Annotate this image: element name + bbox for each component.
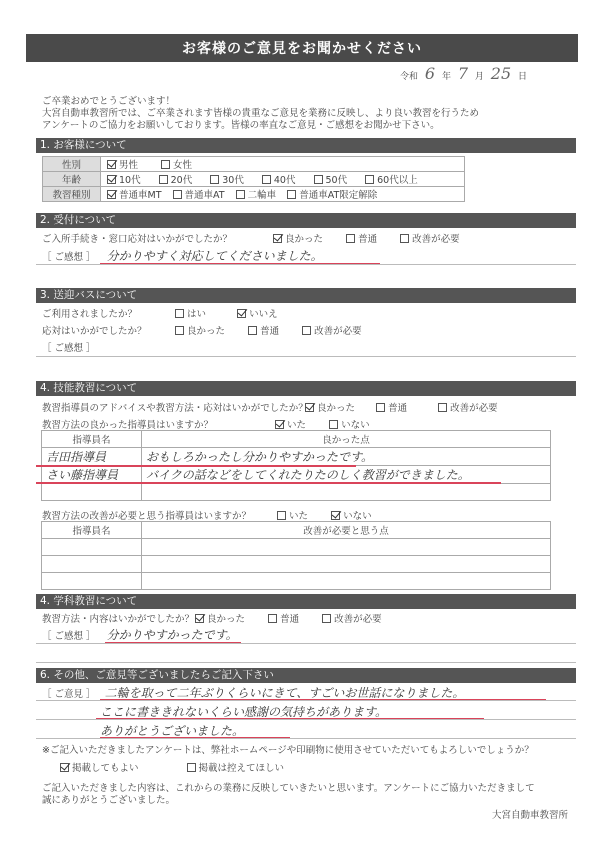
checkbox-icon[interactable] bbox=[302, 326, 311, 335]
option-label: 普通 bbox=[388, 403, 407, 414]
option-no[interactable]: いいえ bbox=[237, 306, 278, 320]
divider bbox=[36, 356, 576, 357]
option-label: 良かった bbox=[285, 234, 323, 245]
improve-point-cell[interactable] bbox=[142, 539, 551, 556]
option-label: 50代 bbox=[326, 175, 348, 186]
option-label: 60代以上 bbox=[377, 175, 418, 186]
option-normal[interactable]: 普通 bbox=[346, 231, 377, 245]
option-needs-improvement[interactable]: 改善が必要 bbox=[400, 231, 460, 245]
instructor-name-cell[interactable]: さい藤指導員 bbox=[42, 466, 142, 484]
option-label: 普通 bbox=[358, 234, 377, 245]
divider bbox=[36, 643, 576, 644]
section-header-other-comments: 6. その他、ご意見等ございましたらご記入下さい bbox=[36, 668, 576, 683]
checkbox-icon[interactable] bbox=[329, 420, 338, 429]
table-row bbox=[42, 556, 551, 573]
checkbox-icon[interactable] bbox=[236, 190, 245, 199]
option-label: 20代 bbox=[171, 175, 193, 186]
row-label: 性別 bbox=[43, 157, 101, 172]
option-label: 普通車AT限定解除 bbox=[299, 190, 377, 201]
intro-line: アンケートのご協力をお願いしております。皆様の率直なご意見・ご感想をお聞かせ下さ… bbox=[42, 120, 479, 132]
option-label: 普通 bbox=[260, 326, 279, 337]
option-needs-improvement[interactable]: 改善が必要 bbox=[322, 611, 382, 625]
divider bbox=[36, 700, 576, 701]
checkbox-icon[interactable] bbox=[322, 614, 331, 623]
option-mt[interactable]: 普通車MT bbox=[107, 187, 162, 201]
gender-options: 男性 女性 bbox=[101, 157, 465, 172]
option-label: 普通車MT bbox=[119, 190, 162, 201]
table-header-row: 指導員名 改善が必要と思う点 bbox=[42, 522, 551, 539]
divider bbox=[36, 738, 576, 739]
reception-comment-row: ［ ご感想 ］ 分かりやすく対応してくださいました。 bbox=[42, 247, 323, 264]
classroom-question-row: 教習方法・内容はいかがでしたか？ 良かった 普通 改善が必要 bbox=[42, 611, 402, 625]
option-motorcycle[interactable]: 二輪車 bbox=[236, 187, 277, 201]
consent-options-row: 掲載してもよい 掲載は控えてほしい bbox=[60, 760, 304, 774]
option-normal[interactable]: 普通 bbox=[248, 323, 279, 337]
checkbox-icon[interactable] bbox=[262, 175, 271, 184]
option-label: 女性 bbox=[173, 160, 192, 171]
good-point-cell[interactable] bbox=[142, 484, 551, 501]
day-label: 日 bbox=[518, 72, 527, 82]
instructor-name-cell[interactable] bbox=[42, 573, 142, 590]
comment-label: ［ ご感想 ］ bbox=[42, 252, 96, 263]
comment-text[interactable]: 分かりやすかったです。 bbox=[107, 628, 238, 642]
checkbox-checked-icon[interactable] bbox=[331, 511, 340, 520]
checkbox-checked-icon[interactable] bbox=[237, 309, 246, 318]
question-text: 応対はいかがでしたか？ bbox=[42, 323, 172, 337]
checkbox-icon[interactable] bbox=[277, 511, 286, 520]
instructor-name-cell[interactable] bbox=[42, 539, 142, 556]
option-yes[interactable]: いた bbox=[277, 508, 308, 522]
option-label: 良かった bbox=[317, 403, 355, 414]
form-title: お客様のご意見をお聞かせください bbox=[26, 34, 578, 62]
intro-text: ご卒業おめでとうございます！ 大宮自動車教習所では、ご卒業されます皆様の貴重なご… bbox=[42, 96, 479, 132]
improve-instructor-table: 指導員名 改善が必要と思う点 bbox=[41, 521, 551, 590]
section-header-driving-lessons: 4. 技能教習について bbox=[36, 381, 576, 396]
option-age-40s[interactable]: 40代 bbox=[262, 172, 296, 186]
option-male[interactable]: 男性 bbox=[107, 157, 138, 171]
checkbox-checked-icon[interactable] bbox=[305, 403, 314, 412]
instructor-name-cell[interactable] bbox=[42, 556, 142, 573]
option-label: はい bbox=[187, 309, 206, 320]
checkbox-checked-icon[interactable] bbox=[275, 420, 284, 429]
checkbox-checked-icon[interactable] bbox=[273, 234, 282, 243]
option-yes[interactable]: いた bbox=[275, 417, 306, 431]
checkbox-icon[interactable] bbox=[438, 403, 447, 412]
question-text: 教習方法・内容はいかがでしたか？ bbox=[42, 611, 192, 625]
comment-line-2[interactable]: ここに書ききれないくらい感謝の気持ちがあります。 bbox=[100, 705, 387, 719]
option-label: 掲載してもよい bbox=[72, 763, 139, 774]
option-label: 二輪車 bbox=[248, 190, 277, 201]
checkbox-icon[interactable] bbox=[210, 175, 219, 184]
checkbox-icon[interactable] bbox=[268, 614, 277, 623]
signature: 大宮自動車教習所 bbox=[492, 810, 568, 822]
bus-service-row: 応対はいかがでしたか？ 良かった 普通 改善が必要 bbox=[42, 323, 382, 337]
option-label: 改善が必要 bbox=[334, 614, 382, 625]
improve-point-cell[interactable] bbox=[142, 556, 551, 573]
checkbox-icon[interactable] bbox=[173, 190, 182, 199]
improve-instructor-row: 教習方法の改善が必要と思う指導員はいますか？ いた いない bbox=[42, 508, 392, 522]
checkbox-icon[interactable] bbox=[248, 326, 257, 335]
comment-line-1[interactable]: 二輪を取って二年ぶりくらいにきて、すごいお世話になりました。 bbox=[105, 686, 465, 700]
checkbox-icon[interactable] bbox=[287, 190, 296, 199]
date-field: 令和 6 年 7 月 25 日 bbox=[400, 64, 527, 83]
option-good[interactable]: 良かった bbox=[175, 323, 225, 337]
row-label: 年齢 bbox=[43, 172, 101, 187]
good-instructor-row: 教習方法の良かった指導員はいますか？ いた いない bbox=[42, 417, 390, 431]
table-row bbox=[42, 573, 551, 590]
column-header: 指導員名 bbox=[42, 431, 142, 448]
course-options: 普通車MT 普通車AT 二輪車 普通車AT限定解除 bbox=[101, 187, 465, 202]
option-label: 普通 bbox=[280, 614, 299, 625]
question-text: 教習方法の改善が必要と思う指導員はいますか？ bbox=[42, 508, 274, 522]
column-header: 改善が必要と思う点 bbox=[142, 522, 551, 539]
customer-info-table: 性別 男性 女性 年齢 10代 20代 30代 40代 50代 60代以上 教習… bbox=[42, 156, 465, 202]
option-age-60s-plus[interactable]: 60代以上 bbox=[365, 172, 418, 186]
row-label: 教習種別 bbox=[43, 187, 101, 202]
option-age-20s[interactable]: 20代 bbox=[159, 172, 193, 186]
comment-label: ［ ご感想 ］ bbox=[42, 631, 96, 642]
intro-line: ご卒業おめでとうございます！ bbox=[42, 96, 479, 108]
classroom-comment-row: ［ ご感想 ］ 分かりやすかったです。 bbox=[42, 626, 238, 643]
option-label: いいえ bbox=[249, 309, 278, 320]
bus-comment-row: ［ ご感想 ］ bbox=[42, 340, 96, 354]
checkbox-icon[interactable] bbox=[175, 309, 184, 318]
checkbox-checked-icon[interactable] bbox=[60, 763, 69, 772]
option-allow-publish[interactable]: 掲載してもよい bbox=[60, 760, 139, 774]
question-text: 教習指導員のアドバイスや教習方法・応対はいかがでしたか？ bbox=[42, 400, 302, 414]
instructor-name-cell[interactable] bbox=[42, 484, 142, 501]
table-row-age: 年齢 10代 20代 30代 40代 50代 60代以上 bbox=[43, 172, 465, 187]
table-row bbox=[42, 539, 551, 556]
option-normal[interactable]: 普通 bbox=[268, 611, 299, 625]
table-row: さい藤指導員 バイクの話などをしてくれたりたのしく教習ができました。 bbox=[42, 466, 551, 484]
option-decline-publish[interactable]: 掲載は控えてほしい bbox=[187, 760, 285, 774]
year-label: 年 bbox=[442, 72, 451, 82]
closing-line: 誠にありがとうございました。 bbox=[42, 795, 535, 807]
option-label: 掲載は控えてほしい bbox=[199, 763, 285, 774]
option-yes[interactable]: はい bbox=[175, 306, 206, 320]
option-good[interactable]: 良かった bbox=[195, 611, 245, 625]
instructor-rating-row: 教習指導員のアドバイスや教習方法・応対はいかがでしたか？ 良かった 普通 改善が… bbox=[42, 400, 518, 414]
option-female[interactable]: 女性 bbox=[161, 157, 192, 171]
option-label: 改善が必要 bbox=[314, 326, 362, 337]
highlight-underline bbox=[36, 482, 501, 484]
option-age-50s[interactable]: 50代 bbox=[314, 172, 348, 186]
checkbox-icon[interactable] bbox=[346, 234, 355, 243]
day-value[interactable]: 25 bbox=[491, 64, 511, 83]
question-text: ご利用されましたか？ bbox=[42, 306, 172, 320]
option-needs-improvement[interactable]: 改善が必要 bbox=[438, 400, 498, 414]
divider bbox=[36, 264, 576, 265]
table-row: 吉田指導員 おもしろかったし分かりやすかったです。 bbox=[42, 448, 551, 466]
option-age-10s[interactable]: 10代 bbox=[107, 172, 141, 186]
section-header-reception: 2. 受付について bbox=[36, 213, 576, 228]
section-header-shuttle-bus: 3. 送迎バスについて bbox=[36, 288, 576, 303]
table-row bbox=[42, 484, 551, 501]
reception-question-row: ご入所手続き・窓口応対はいかがでしたか？ 良かった 普通 改善が必要 bbox=[42, 231, 480, 245]
checkbox-icon[interactable] bbox=[365, 175, 374, 184]
section-header-customer: 1. お客様について bbox=[36, 138, 576, 153]
option-at[interactable]: 普通車AT bbox=[173, 187, 225, 201]
option-age-30s[interactable]: 30代 bbox=[210, 172, 244, 186]
checkbox-checked-icon[interactable] bbox=[107, 190, 116, 199]
option-at-limit-removal[interactable]: 普通車AT限定解除 bbox=[287, 187, 377, 201]
option-no[interactable]: いない bbox=[331, 508, 372, 522]
closing-text: ご記入いただきました内容は、これからの業務に反映していきたいと思います。アンケー… bbox=[42, 783, 535, 807]
intro-line: 大宮自動車教習所では、ご卒業されます皆様の貴重なご意見を業務に反映し、より良い教… bbox=[42, 108, 479, 120]
option-label: 改善が必要 bbox=[412, 234, 460, 245]
divider bbox=[36, 662, 576, 663]
era-label: 令和 bbox=[400, 72, 418, 82]
table-row-gender: 性別 男性 女性 bbox=[43, 157, 465, 172]
option-label: 40代 bbox=[274, 175, 296, 186]
improve-point-cell[interactable] bbox=[142, 573, 551, 590]
bus-usage-row: ご利用されましたか？ はい いいえ bbox=[42, 306, 298, 320]
month-value[interactable]: 7 bbox=[458, 64, 468, 83]
closing-line: ご記入いただきました内容は、これからの業務に反映していきたいと思います。アンケー… bbox=[42, 783, 535, 795]
question-text: 教習方法の良かった指導員はいますか？ bbox=[42, 417, 272, 431]
option-no[interactable]: いない bbox=[329, 417, 370, 431]
option-label: 改善が必要 bbox=[450, 403, 498, 414]
good-point-cell[interactable]: バイクの話などをしてくれたりたのしく教習ができました。 bbox=[142, 466, 551, 484]
comment-label: ［ ご意見 ］ bbox=[42, 689, 96, 700]
checkbox-icon[interactable] bbox=[161, 160, 170, 169]
comment-label: ［ ご感想 ］ bbox=[42, 343, 96, 354]
checkbox-checked-icon[interactable] bbox=[107, 160, 116, 169]
checkbox-icon[interactable] bbox=[159, 175, 168, 184]
checkbox-icon[interactable] bbox=[314, 175, 323, 184]
age-options: 10代 20代 30代 40代 50代 60代以上 bbox=[101, 172, 465, 187]
option-label: 男性 bbox=[119, 160, 138, 171]
divider bbox=[36, 719, 576, 720]
year-value[interactable]: 6 bbox=[425, 64, 435, 83]
option-label: 良かった bbox=[207, 614, 245, 625]
comment-line-3[interactable]: ありがとうございました。 bbox=[100, 724, 244, 738]
option-label: 良かった bbox=[187, 326, 225, 337]
checkbox-icon[interactable] bbox=[187, 763, 196, 772]
option-normal[interactable]: 普通 bbox=[376, 400, 407, 414]
checkbox-icon[interactable] bbox=[175, 326, 184, 335]
option-good[interactable]: 良かった bbox=[305, 400, 355, 414]
question-text: ご入所手続き・窓口応対はいかがでしたか？ bbox=[42, 231, 270, 245]
instructor-name-cell[interactable]: 吉田指導員 bbox=[42, 448, 142, 466]
option-needs-improvement[interactable]: 改善が必要 bbox=[302, 323, 362, 337]
option-label: 30代 bbox=[222, 175, 244, 186]
checkbox-checked-icon[interactable] bbox=[195, 614, 204, 623]
option-label: 10代 bbox=[119, 175, 141, 186]
consent-question: ※ご記入いただきましたアンケートは、弊社ホームページや印刷物に使用させていただい… bbox=[42, 745, 534, 757]
highlight-underline bbox=[36, 465, 356, 467]
checkbox-checked-icon[interactable] bbox=[107, 175, 116, 184]
option-good[interactable]: 良かった bbox=[273, 231, 323, 245]
good-point-cell[interactable]: おもしろかったし分かりやすかったです。 bbox=[142, 448, 551, 466]
section-header-classroom-lessons: 4. 学科教習について bbox=[36, 594, 576, 609]
month-label: 月 bbox=[475, 72, 484, 82]
option-label: 普通車AT bbox=[185, 190, 225, 201]
table-header-row: 指導員名 良かった点 bbox=[42, 431, 551, 448]
column-header: 良かった点 bbox=[142, 431, 551, 448]
comment-text[interactable]: 分かりやすく対応してくださいました。 bbox=[107, 249, 323, 263]
table-row-course-type: 教習種別 普通車MT 普通車AT 二輪車 普通車AT限定解除 bbox=[43, 187, 465, 202]
checkbox-icon[interactable] bbox=[400, 234, 409, 243]
column-header: 指導員名 bbox=[42, 522, 142, 539]
checkbox-icon[interactable] bbox=[376, 403, 385, 412]
